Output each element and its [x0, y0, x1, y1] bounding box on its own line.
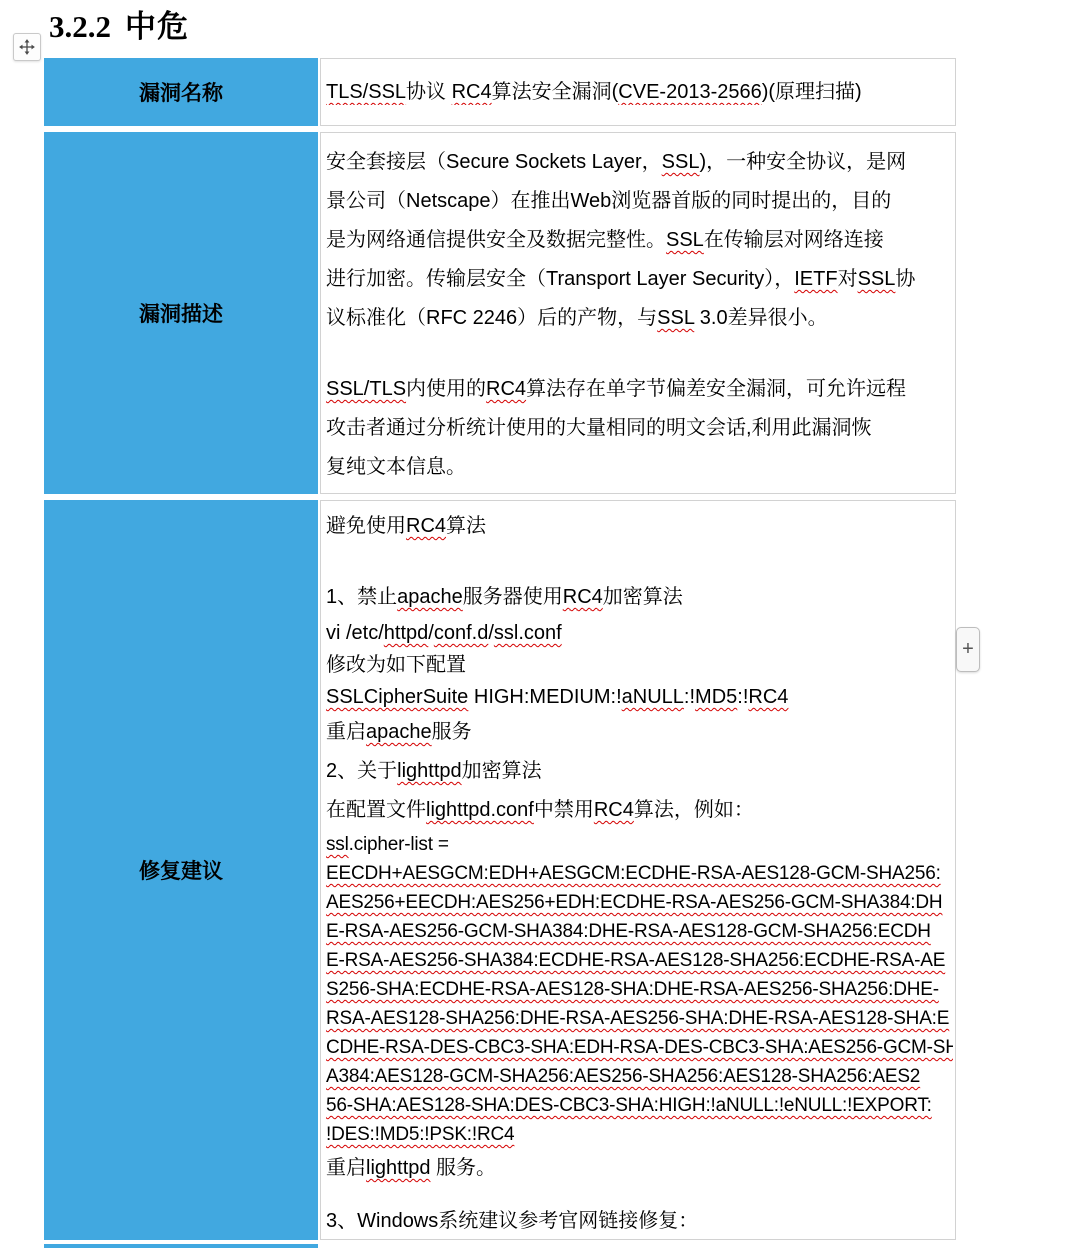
header-label: 修复建议 — [139, 855, 223, 885]
cell-text: TLS/SSL协议 RC4算法安全漏洞(CVE-2013-2566)(原理扫描) — [326, 79, 862, 105]
text-line — [326, 546, 953, 578]
header-cell-vuln-name[interactable]: 漏洞名称 — [44, 58, 318, 126]
text-line: 重启lighttpd 服务。 — [326, 1149, 953, 1188]
section-title: 3.2.2中危 — [49, 1, 189, 46]
text-line: 进行加密。传输层安全（Transport Layer Security），IET… — [326, 260, 953, 299]
text-line: ssl.cipher-list = — [326, 830, 953, 859]
text-line: CDHE-RSA-DES-CBC3-SHA:EDH-RSA-DES-CBC3-S… — [326, 1033, 953, 1062]
section-title-text: 中危 — [125, 9, 189, 44]
content-cell-fix-suggestion[interactable]: 避免使用RC4算法 1、禁止apache服务器使用RC4加密算法vi /etc/… — [320, 500, 956, 1240]
add-row-button[interactable]: + — [956, 627, 980, 672]
cell-text: 安全套接层（Secure Sockets Layer，SSL)，一种安全协议，是… — [326, 143, 953, 487]
text-line — [326, 1188, 953, 1202]
plus-icon: + — [962, 638, 974, 661]
text-line: 攻击者通过分析统计使用的大量相同的明文会话,利用此漏洞恢 — [326, 409, 953, 448]
header-label: 漏洞名称 — [139, 77, 223, 107]
text-line: !DES:!MD5:!PSK:!RC4 — [326, 1120, 953, 1149]
text-line: S256-SHA:ECDHE-RSA-AES128-SHA:DHE-RSA-AE… — [326, 975, 953, 1004]
table-row-vuln-description: 漏洞描述 安全套接层（Secure Sockets Layer，SSL)，一种安… — [44, 132, 956, 494]
text-line: 重启apache服务 — [326, 713, 953, 752]
text-line: SSLCipherSuite HIGH:MEDIUM:!aNULL:!MD5:!… — [326, 681, 953, 713]
move-arrows-icon — [18, 38, 36, 56]
text-line: E-RSA-AES256-SHA384:ECDHE-RSA-AES128-SHA… — [326, 946, 953, 975]
section-number: 3.2.2 — [49, 9, 111, 44]
text-line: vi /etc/httpd/conf.d/ssl.conf — [326, 617, 953, 649]
content-cell-vuln-name[interactable]: TLS/SSL协议 RC4算法安全漏洞(CVE-2013-2566)(原理扫描) — [320, 58, 956, 126]
text-line: 1、禁止apache服务器使用RC4加密算法 — [326, 578, 953, 617]
text-line: 避免使用RC4算法 — [326, 507, 953, 546]
text-line: 议标准化（RFC 2246）后的产物，与SSL 3.0差异很小。 — [326, 299, 953, 338]
text-line: AES256+EECDH:AES256+EDH:ECDHE-RSA-AES256… — [326, 888, 953, 917]
header-cell-vuln-description[interactable]: 漏洞描述 — [44, 132, 318, 494]
text-line: TLS/SSL协议 RC4算法安全漏洞(CVE-2013-2566)(原理扫描) — [326, 79, 862, 105]
cell-text: 避免使用RC4算法 1、禁止apache服务器使用RC4加密算法vi /etc/… — [326, 507, 953, 1240]
header-label: 漏洞描述 — [139, 298, 223, 328]
text-line: 安全套接层（Secure Sockets Layer，SSL)，一种安全协议，是… — [326, 143, 953, 182]
next-row-clipped-edge — [44, 1244, 318, 1248]
vulnerability-table: 漏洞名称 TLS/SSL协议 RC4算法安全漏洞(CVE-2013-2566)(… — [44, 58, 956, 1246]
text-line: 是为网络通信提供安全及数据完整性。SSL在传输层对网络连接 — [326, 221, 953, 260]
table-row-vuln-name: 漏洞名称 TLS/SSL协议 RC4算法安全漏洞(CVE-2013-2566)(… — [44, 58, 956, 126]
text-line — [326, 338, 953, 370]
text-line: 在配置文件lighttpd.conf中禁用RC4算法，例如： — [326, 791, 953, 830]
header-cell-fix-suggestion[interactable]: 修复建议 — [44, 500, 318, 1240]
text-line: 景公司（Netscape）在推出Web浏览器首版的同时提出的，目的 — [326, 182, 953, 221]
text-line: EECDH+AESGCM:EDH+AESGCM:ECDHE-RSA-AES128… — [326, 859, 953, 888]
table-move-handle[interactable] — [13, 33, 41, 61]
text-line: 修改为如下配置 — [326, 649, 953, 681]
text-line: E-RSA-AES256-GCM-SHA384:DHE-RSA-AES128-G… — [326, 917, 953, 946]
content-cell-vuln-description[interactable]: 安全套接层（Secure Sockets Layer，SSL)，一种安全协议，是… — [320, 132, 956, 494]
text-line: RSA-AES128-SHA256:DHE-RSA-AES256-SHA:DHE… — [326, 1004, 953, 1033]
text-line: 2、关于lighttpd加密算法 — [326, 752, 953, 791]
text-line: 56-SHA:AES128-SHA:DES-CBC3-SHA:HIGH:!aNU… — [326, 1091, 953, 1120]
text-line: SSL/TLS内使用的RC4算法存在单字节偏差安全漏洞，可允许远程 — [326, 370, 953, 409]
table-row-fix-suggestion: 修复建议 避免使用RC4算法 1、禁止apache服务器使用RC4加密算法vi … — [44, 500, 956, 1240]
text-line: A384:AES128-GCM-SHA256:AES256-SHA256:AES… — [326, 1062, 953, 1091]
text-line: 复纯文本信息。 — [326, 448, 953, 487]
text-line: 3、Windows系统建议参考官网链接修复： — [326, 1202, 953, 1240]
